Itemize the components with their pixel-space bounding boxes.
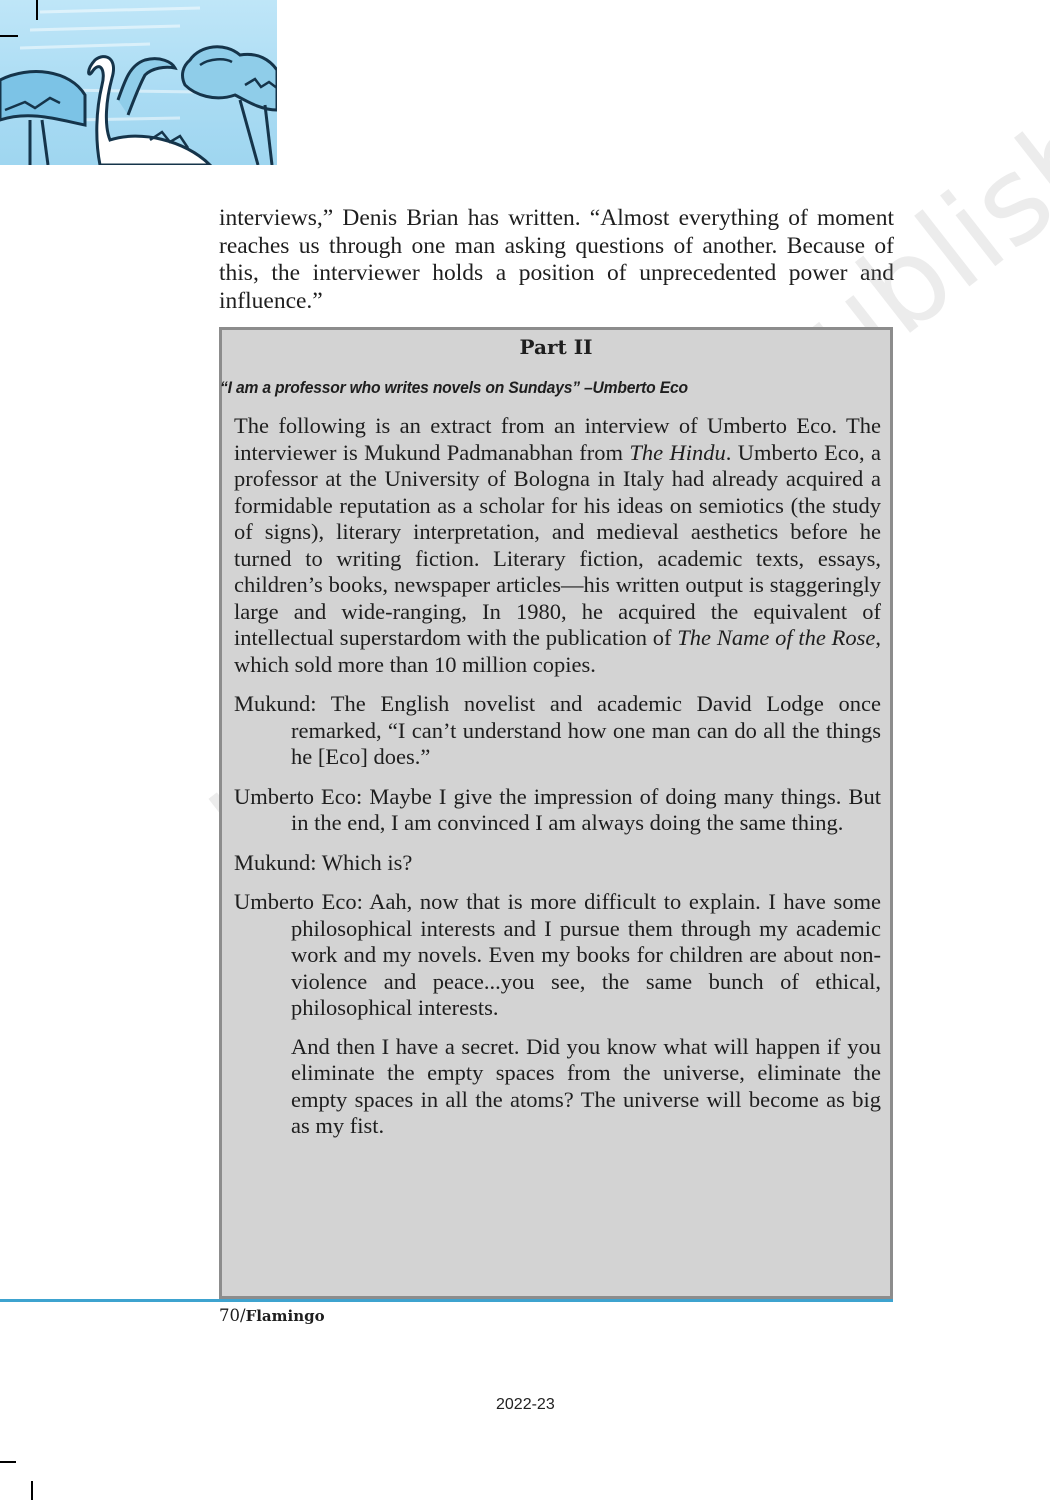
speaker: Umberto Eco: bbox=[234, 784, 362, 809]
dialogue-text: Aah, now that is more difficult to expla… bbox=[291, 889, 881, 1020]
flamingo-illustration bbox=[0, 0, 277, 165]
crop-mark bbox=[36, 0, 38, 20]
box-body: The following is an extract from an inte… bbox=[234, 413, 881, 1140]
dialogue-line: Mukund: Which is? bbox=[234, 850, 881, 877]
dialogue-line: Umberto Eco: Aah, now that is more diffi… bbox=[234, 889, 881, 1022]
part-ii-box: Part II “I am a professor who writes nov… bbox=[219, 327, 893, 1299]
box-intro-paragraph: The following is an extract from an inte… bbox=[234, 413, 881, 678]
box-subtitle: “I am a professor who writes novels on S… bbox=[220, 378, 688, 398]
dialogue-text: Maybe I give the impression of doing man… bbox=[291, 784, 881, 836]
page-number: 70/ bbox=[219, 1306, 246, 1325]
book-title-footer: Flamingo bbox=[246, 1307, 325, 1325]
speaker: Mukund: bbox=[234, 850, 317, 875]
page-folio: 70/Flamingo bbox=[219, 1306, 325, 1325]
dialogue-text: And then I have a secret. Did you know w… bbox=[291, 1034, 881, 1139]
dialogue-text: Which is? bbox=[317, 850, 413, 875]
intro-text: . Umberto Eco, a professor at the Univer… bbox=[234, 440, 881, 651]
crop-mark bbox=[0, 1461, 16, 1463]
dialogue-text: The English novelist and academic David … bbox=[291, 691, 881, 769]
dialogue-line: Mukund: The English novelist and academi… bbox=[234, 691, 881, 771]
box-title: Part II bbox=[222, 335, 890, 359]
dialogue-line: Umberto Eco: Maybe I give the impression… bbox=[234, 784, 881, 837]
dialogue-continuation: And then I have a secret. Did you know w… bbox=[291, 1034, 881, 1140]
crop-mark bbox=[0, 35, 18, 37]
speaker: Mukund: bbox=[234, 691, 317, 716]
book-title: The Name of the Rose bbox=[677, 625, 875, 650]
newspaper-title: The Hindu bbox=[629, 440, 725, 465]
speaker: Umberto Eco: bbox=[234, 889, 363, 914]
edition-year: 2022-23 bbox=[496, 1396, 555, 1414]
flamingo-illustration-icon bbox=[0, 0, 277, 165]
crop-mark bbox=[31, 1481, 33, 1500]
footer-rule bbox=[0, 1299, 893, 1302]
intro-paragraph: interviews,” Denis Brian has written. “A… bbox=[219, 205, 894, 315]
